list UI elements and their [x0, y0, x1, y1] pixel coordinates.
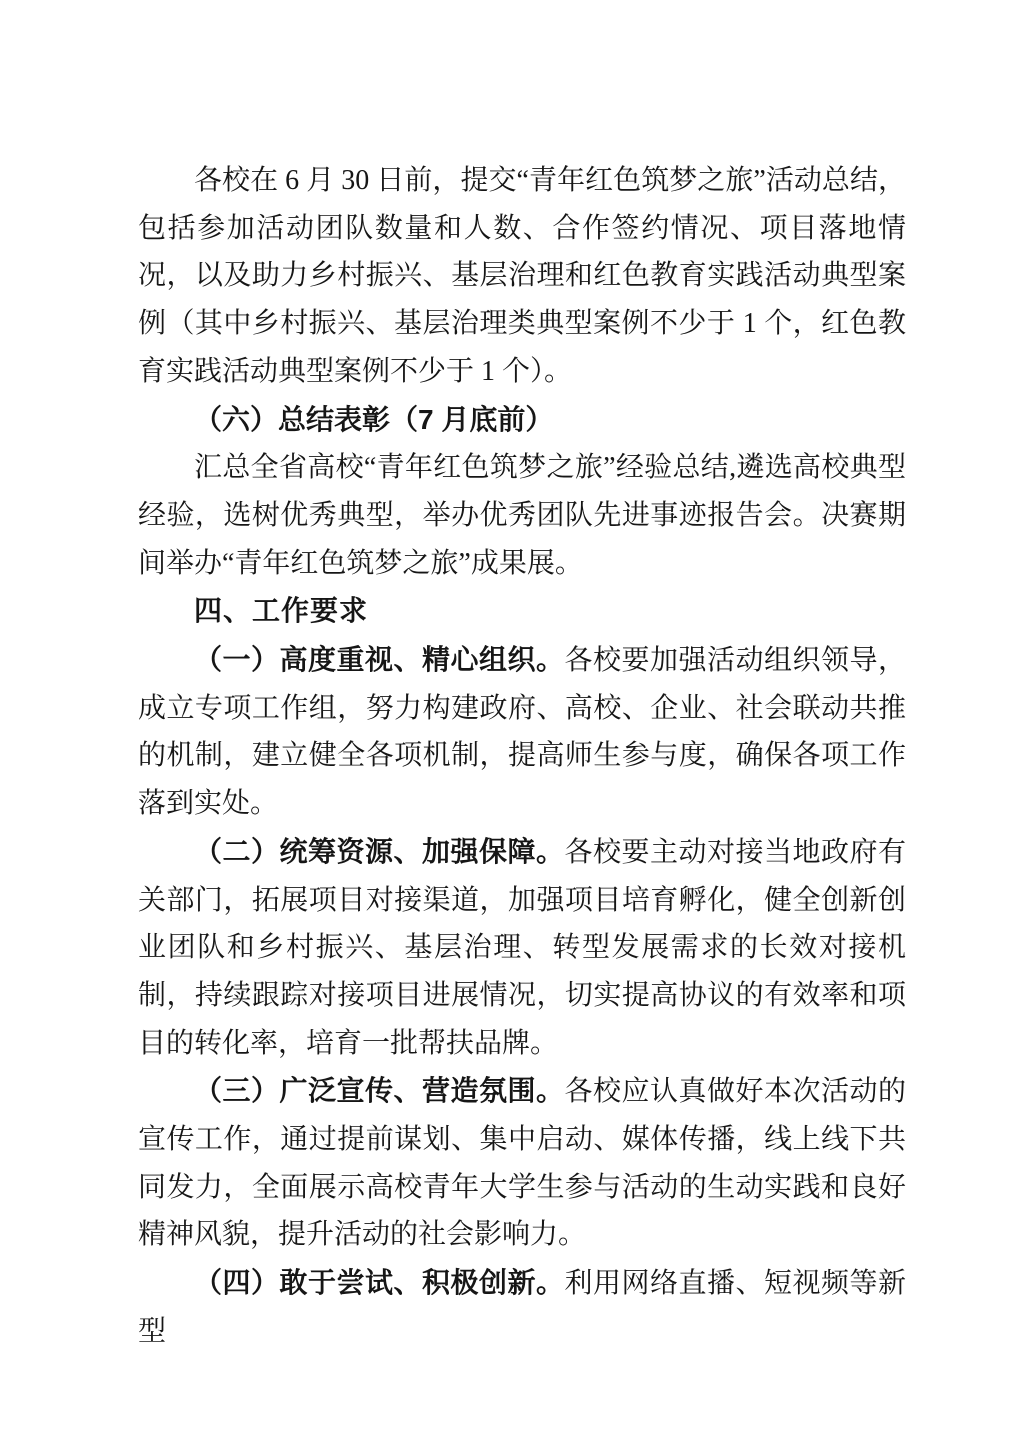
paragraph-lead-bold: （一）高度重视、精心组织。: [194, 644, 565, 675]
para-requirement-2: （二）统筹资源、加强保障。各校要主动对接当地政府有关部门，拓展项目对接渠道，加强…: [138, 828, 906, 1068]
paragraph-text: 各校要主动对接当地政府有关部门，拓展项目对接渠道，加强项目培育孵化，健全创新创业…: [138, 837, 906, 1059]
paragraph-lead-bold: （二）统筹资源、加强保障。: [194, 836, 565, 867]
paragraph-lead-bold: 四、工作要求: [194, 595, 368, 626]
paragraph-lead-bold: （四）敢于尝试、积极创新。: [194, 1267, 565, 1298]
paragraph-lead-bold: （六）总结表彰（7 月底前）: [194, 404, 553, 435]
para-submission-summary: 各校在 6 月 30 日前，提交“青年红色筑梦之旅”活动总结，包括参加活动团队数…: [138, 157, 906, 396]
para-requirement-4: （四）敢于尝试、积极创新。利用网络直播、短视频等新型: [138, 1259, 906, 1355]
para-summary-commendation: 汇总全省高校“青年红色筑梦之旅”经验总结,遴选高校典型经验，选树优秀典型，举办优…: [138, 444, 906, 587]
paragraph-lead-bold: （三）广泛宣传、营造氛围。: [194, 1075, 565, 1106]
document-body: 各校在 6 月 30 日前，提交“青年红色筑梦之旅”活动总结，包括参加活动团队数…: [138, 157, 906, 1356]
paragraph-text: 各校在 6 月 30 日前，提交“青年红色筑梦之旅”活动总结，包括参加活动团队数…: [138, 165, 906, 387]
para-requirement-3: （三）广泛宣传、营造氛围。各校应认真做好本次活动的宣传工作，通过提前谋划、集中启…: [138, 1067, 906, 1259]
heading-section-6: （六）总结表彰（7 月底前）: [138, 396, 906, 445]
paragraph-text: 汇总全省高校“青年红色筑梦之旅”经验总结,遴选高校典型经验，选树优秀典型，举办优…: [138, 452, 906, 578]
para-requirement-1: （一）高度重视、精心组织。各校要加强活动组织领导，成立专项工作组，努力构建政府、…: [138, 636, 906, 828]
heading-section-4-work-requirements: 四、工作要求: [138, 587, 906, 636]
document-page: 各校在 6 月 30 日前，提交“青年红色筑梦之旅”活动总结，包括参加活动团队数…: [0, 0, 1024, 1448]
